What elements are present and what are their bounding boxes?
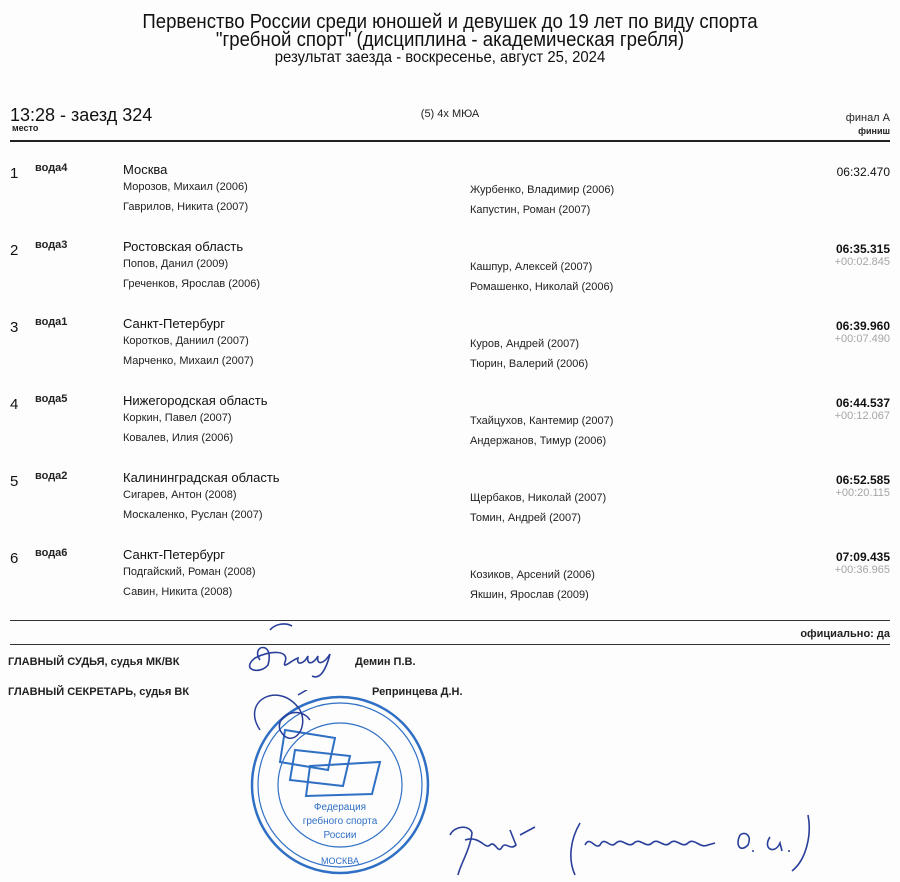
result-time: 06:39.960 bbox=[836, 319, 890, 333]
official-status: официально: да bbox=[800, 628, 890, 640]
result-delta: +00:20.115 bbox=[835, 487, 890, 499]
header-divider bbox=[10, 140, 890, 142]
athlete-name: Гаврилов, Никита (2007) bbox=[123, 201, 248, 213]
athlete-name: Кашпур, Алексей (2007) bbox=[470, 261, 592, 273]
result-delta: +00:36.965 bbox=[835, 564, 890, 576]
chief-secretary-role: ГЛАВНЫЙ СЕКРЕТАРЬ, судья ВК bbox=[8, 686, 189, 698]
result-row: 6вода6Санкт-ПетербургПодгайский, Роман (… bbox=[0, 545, 900, 622]
stamp-text-1: Федерация bbox=[314, 802, 366, 813]
result-crew: Калининградская область bbox=[123, 470, 280, 485]
result-time: 06:44.537 bbox=[836, 396, 890, 410]
result-place: 4 bbox=[10, 396, 18, 413]
athlete-name: Козиков, Арсений (2006) bbox=[470, 569, 595, 581]
athlete-name: Ковалев, Илия (2006) bbox=[123, 432, 233, 444]
athlete-name: Подгайский, Роман (2008) bbox=[123, 566, 256, 578]
result-crew: Ростовская область bbox=[123, 239, 243, 254]
athlete-name: Коротков, Даниил (2007) bbox=[123, 335, 249, 347]
document-subtitle: результат заезда - воскресенье, август 2… bbox=[12, 49, 868, 66]
athlete-name: Андержанов, Тимур (2006) bbox=[470, 435, 606, 447]
result-row: 2вода3Ростовская областьПопов, Данил (20… bbox=[0, 237, 900, 314]
athlete-name: Савин, Никита (2008) bbox=[123, 586, 232, 598]
athlete-name: Якшин, Ярослав (2009) bbox=[470, 589, 589, 601]
result-row: 5вода2Калининградская областьСигарев, Ан… bbox=[0, 468, 900, 545]
footer-divider-top bbox=[10, 620, 890, 621]
title-line-2: "гребной спорт" (дисциплина - академичес… bbox=[32, 32, 869, 49]
federation-stamp: Федерация гребного спорта России МОСКВА bbox=[240, 690, 440, 880]
result-time: 06:35.315 bbox=[836, 242, 890, 256]
athlete-name: Попов, Данил (2009) bbox=[123, 258, 228, 270]
athlete-name: Куров, Андрей (2007) bbox=[470, 338, 579, 350]
result-row: 1вода4МоскваМорозов, Михаил (2006)Журбен… bbox=[0, 160, 900, 237]
result-lane: вода4 bbox=[35, 162, 67, 174]
finish-column-label: финиш bbox=[858, 126, 890, 136]
stamp-text-2: гребного спорта bbox=[303, 815, 378, 827]
chief-judge-signature bbox=[230, 620, 340, 680]
result-place: 5 bbox=[10, 473, 18, 490]
result-row: 4вода5Нижегородская областьКоркин, Павел… bbox=[0, 391, 900, 468]
result-time: 06:52.585 bbox=[836, 473, 890, 487]
athlete-name: Тхайцухов, Кантемир (2007) bbox=[470, 415, 613, 427]
result-crew: Нижегородская область bbox=[123, 393, 268, 408]
result-crew: Москва bbox=[123, 162, 167, 177]
result-delta: +00:12.067 bbox=[835, 410, 890, 422]
result-place: 1 bbox=[10, 165, 18, 182]
result-time: 06:32.470 bbox=[837, 165, 890, 179]
result-place: 3 bbox=[10, 319, 18, 336]
place-column-label: место bbox=[12, 123, 38, 133]
result-delta: +00:07.490 bbox=[835, 333, 890, 345]
athlete-name: Марченко, Михаил (2007) bbox=[123, 355, 254, 367]
athlete-name: Ромашенко, Николай (2006) bbox=[470, 281, 613, 293]
result-lane: вода6 bbox=[35, 547, 67, 559]
result-place: 6 bbox=[10, 550, 18, 567]
athlete-name: Москаленко, Руслан (2007) bbox=[123, 509, 263, 521]
athlete-name: Коркин, Павел (2007) bbox=[123, 412, 232, 424]
result-delta: +00:02.845 bbox=[835, 256, 890, 268]
athlete-name: Томин, Андрей (2007) bbox=[470, 512, 581, 524]
stamp-bottom-text: МОСКВА bbox=[321, 856, 359, 866]
chief-judge-name: Демин П.В. bbox=[355, 656, 416, 668]
handwritten-signature bbox=[440, 805, 900, 882]
athlete-name: Щербаков, Николай (2007) bbox=[470, 492, 606, 504]
result-lane: вода2 bbox=[35, 470, 67, 482]
stage-label: финал А bbox=[846, 112, 890, 124]
result-row: 3вода1Санкт-ПетербургКоротков, Даниил (2… bbox=[0, 314, 900, 391]
athlete-name: Капустин, Роман (2007) bbox=[470, 204, 590, 216]
result-crew: Санкт-Петербург bbox=[123, 316, 225, 331]
stamp-text-3: России bbox=[324, 830, 357, 841]
result-lane: вода3 bbox=[35, 239, 67, 251]
result-place: 2 bbox=[10, 242, 18, 259]
result-crew: Санкт-Петербург bbox=[123, 547, 225, 562]
footer-divider-bottom bbox=[10, 644, 890, 645]
athlete-name: Журбенко, Владимир (2006) bbox=[470, 184, 614, 196]
result-lane: вода5 bbox=[35, 393, 67, 405]
result-lane: вода1 bbox=[35, 316, 67, 328]
event-name: (5) 4x МЮА bbox=[0, 108, 900, 120]
athlete-name: Морозов, Михаил (2006) bbox=[123, 181, 248, 193]
result-time: 07:09.435 bbox=[836, 550, 890, 564]
athlete-name: Сигарев, Антон (2008) bbox=[123, 489, 237, 501]
results-list: 1вода4МоскваМорозов, Михаил (2006)Журбен… bbox=[0, 160, 900, 622]
document-title: Первенство России среди юношей и девушек… bbox=[0, 12, 900, 66]
athlete-name: Греченков, Ярослав (2006) bbox=[123, 278, 260, 290]
chief-judge-role: ГЛАВНЫЙ СУДЬЯ, судья МК/ВК bbox=[8, 656, 179, 668]
athlete-name: Тюрин, Валерий (2006) bbox=[470, 358, 588, 370]
